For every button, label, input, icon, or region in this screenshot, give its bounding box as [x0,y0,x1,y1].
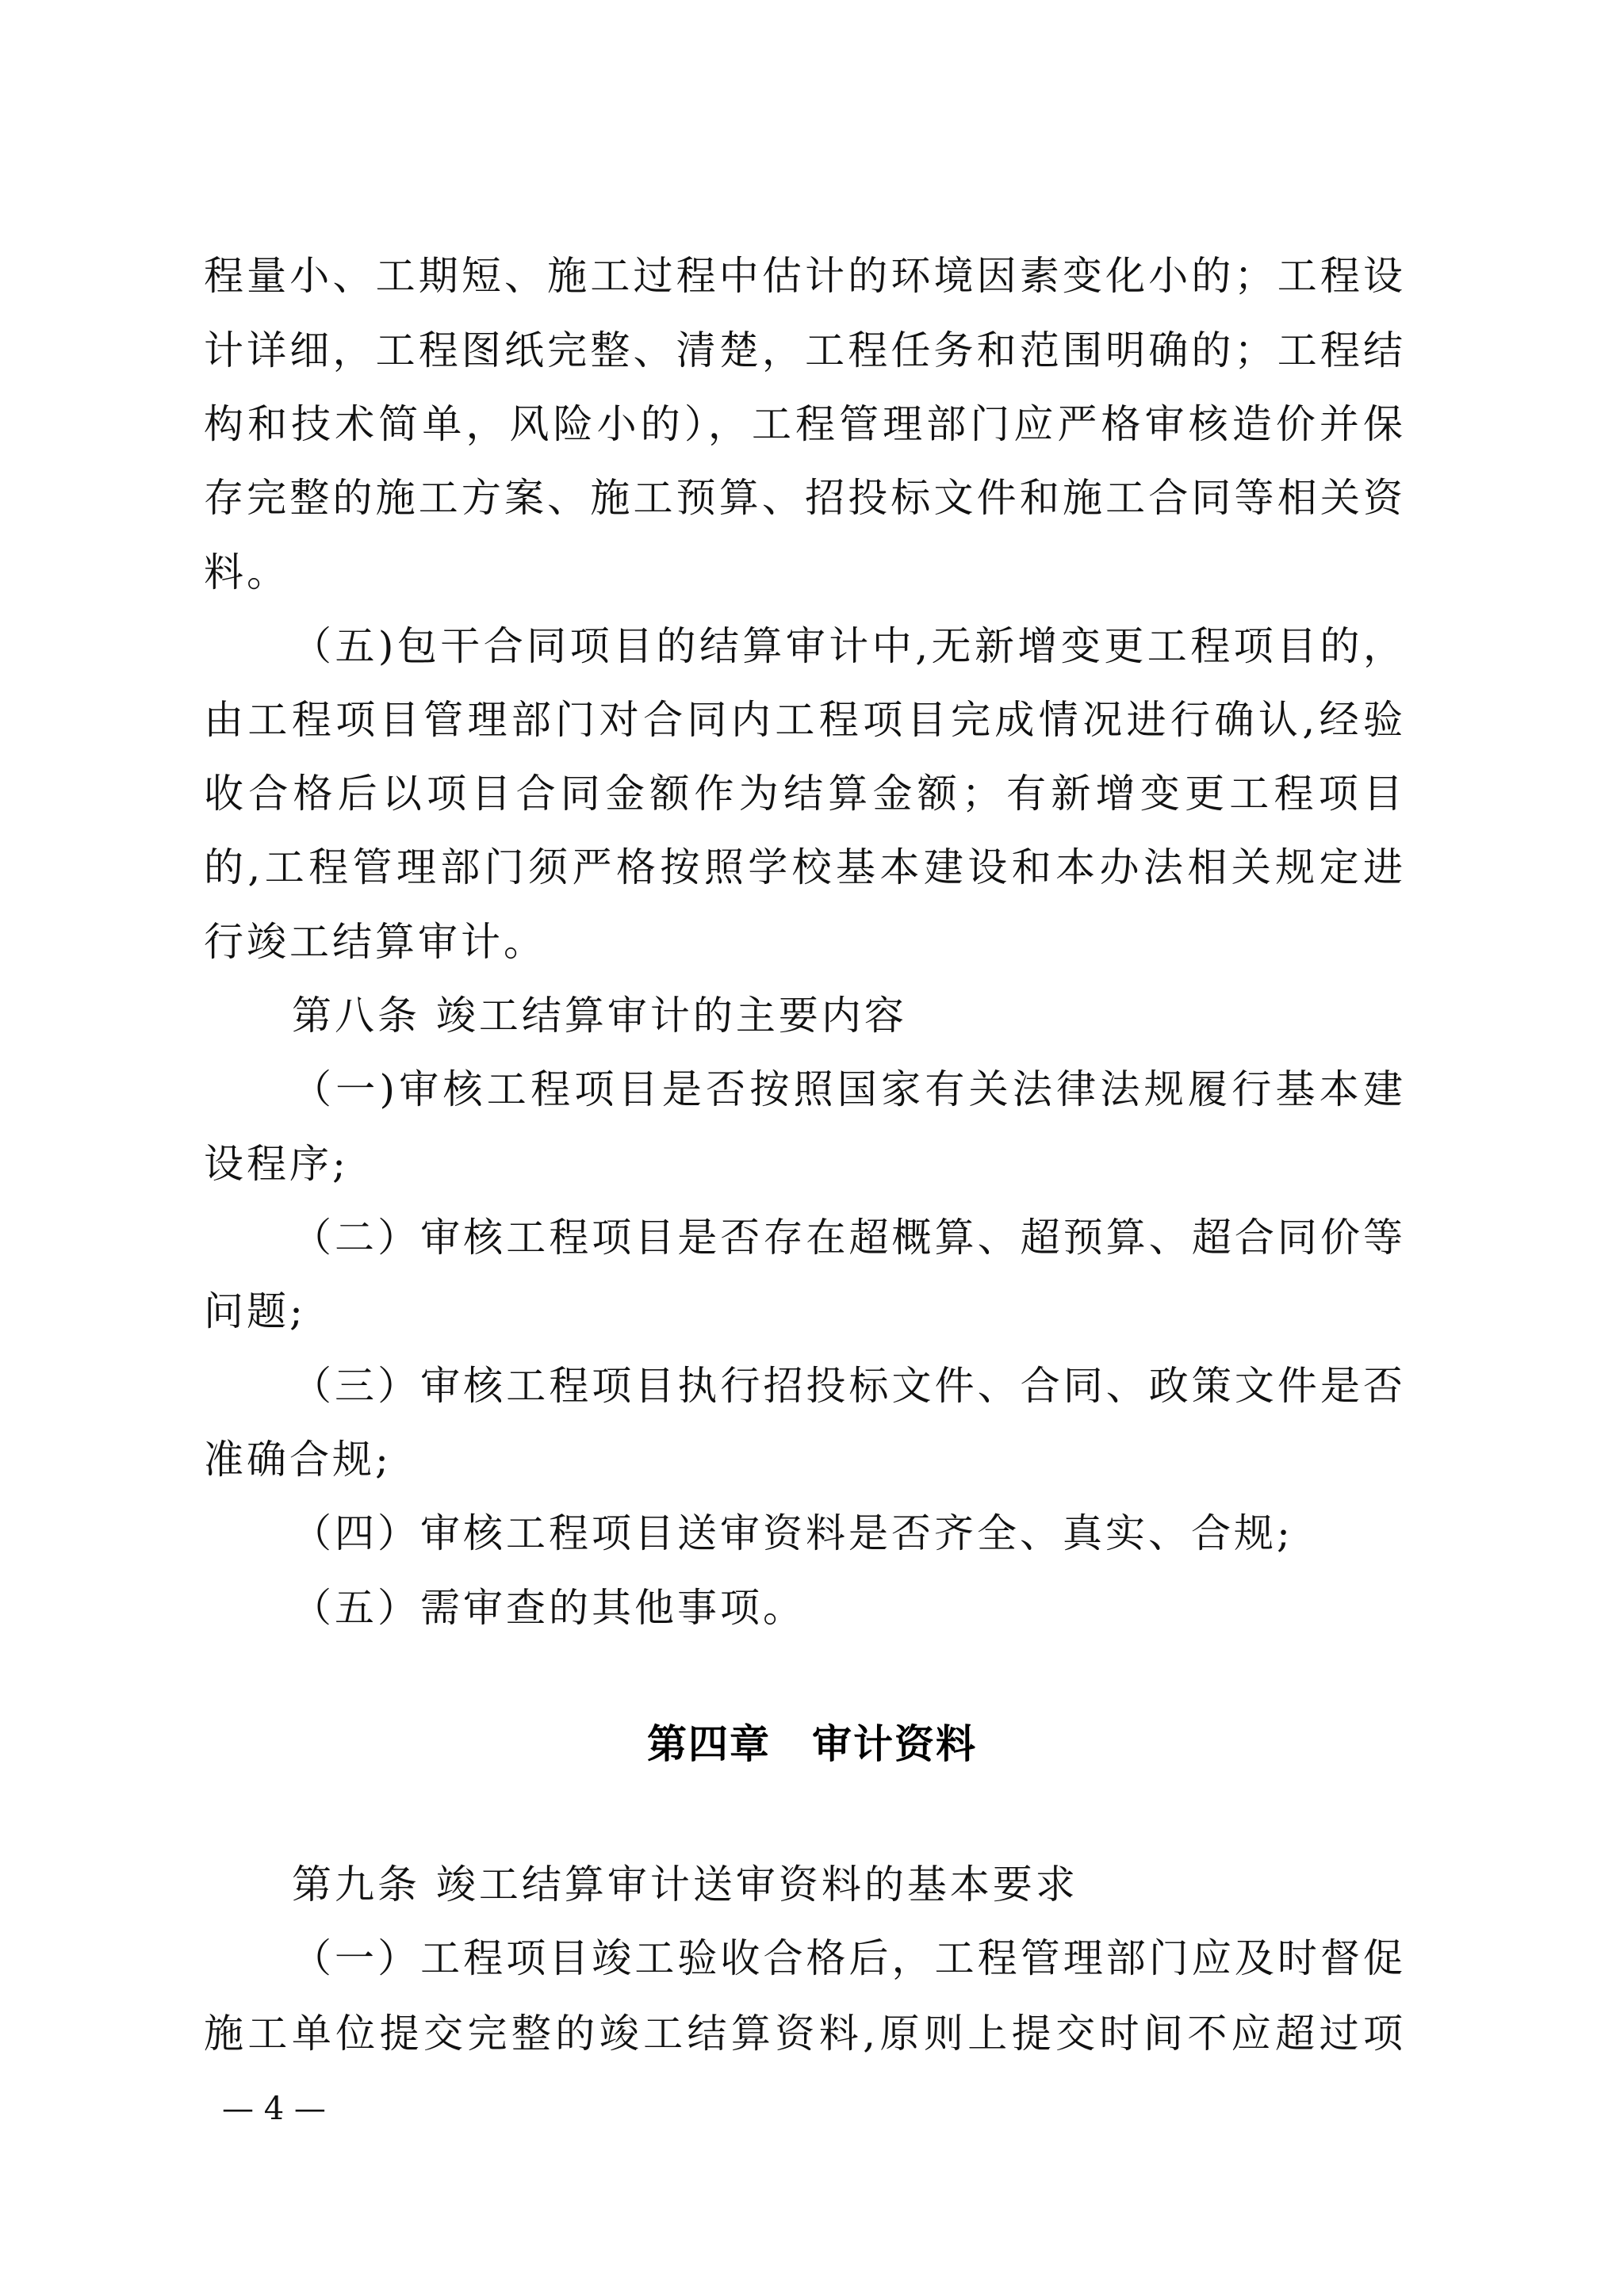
paragraph-start-line: （五)包干合同项目的结算审计中,无新增变更工程项目的， [292,618,1403,674]
body-line: 料。 [204,545,1403,600]
body-line: 问题; [204,1284,1403,1339]
body-line: 程量小、工期短、施工过程中估计的环境因素变化小的；工程设 [204,248,1403,304]
list-item-line: （一)审核工程项目是否按照国家有关法律法规履行基本建 [292,1062,1403,1117]
body-line: 收合格后以项目合同金额作为结算金额；有新增变更工程项目 [204,766,1403,821]
chapter-heading: 第四章 审计资料 [0,1716,1624,1772]
body-line: 设程序; [204,1136,1403,1192]
body-line: 准确合规; [204,1432,1403,1487]
body-line: 存完整的施工方案、施工预算、招投标文件和施工合同等相关资 [204,470,1403,526]
list-item-line: （五）需审查的其他事项。 [292,1580,1403,1636]
page-number: — 4 — [222,2089,326,2129]
list-item-line: （一）工程项目竣工验收合格后，工程管理部门应及时督促 [292,1931,1403,1986]
body-line: 的,工程管理部门须严格按照学校基本建设和本办法相关规定进 [204,840,1403,895]
list-item-line: （三）审核工程项目执行招投标文件、合同、政策文件是否 [292,1358,1403,1414]
body-line: 构和技术简单，风险小的），工程管理部门应严格审核造价并保 [204,396,1403,452]
body-line: 施工单位提交完整的竣工结算资料,原则上提交时间不应超过项 [204,2006,1403,2061]
list-item-line: （四）审核工程项目送审资料是否齐全、真实、合规; [292,1506,1403,1561]
article-8-title: 第八条 竣工结算审计的主要内容 [292,988,1403,1043]
body-line: 计详细，工程图纸完整、清楚，工程任务和范围明确的；工程结 [204,323,1403,378]
list-item-line: （二）审核工程项目是否存在超概算、超预算、超合同价等 [292,1210,1403,1265]
body-line: 行竣工结算审计。 [204,914,1403,970]
article-9-title: 第九条 竣工结算审计送审资料的基本要求 [292,1857,1403,1912]
document-page: 程量小、工期短、施工过程中估计的环境因素变化小的；工程设 计详细，工程图纸完整、… [0,0,1624,2296]
body-line: 由工程项目管理部门对合同内工程项目完成情况进行确认,经验 [204,692,1403,748]
